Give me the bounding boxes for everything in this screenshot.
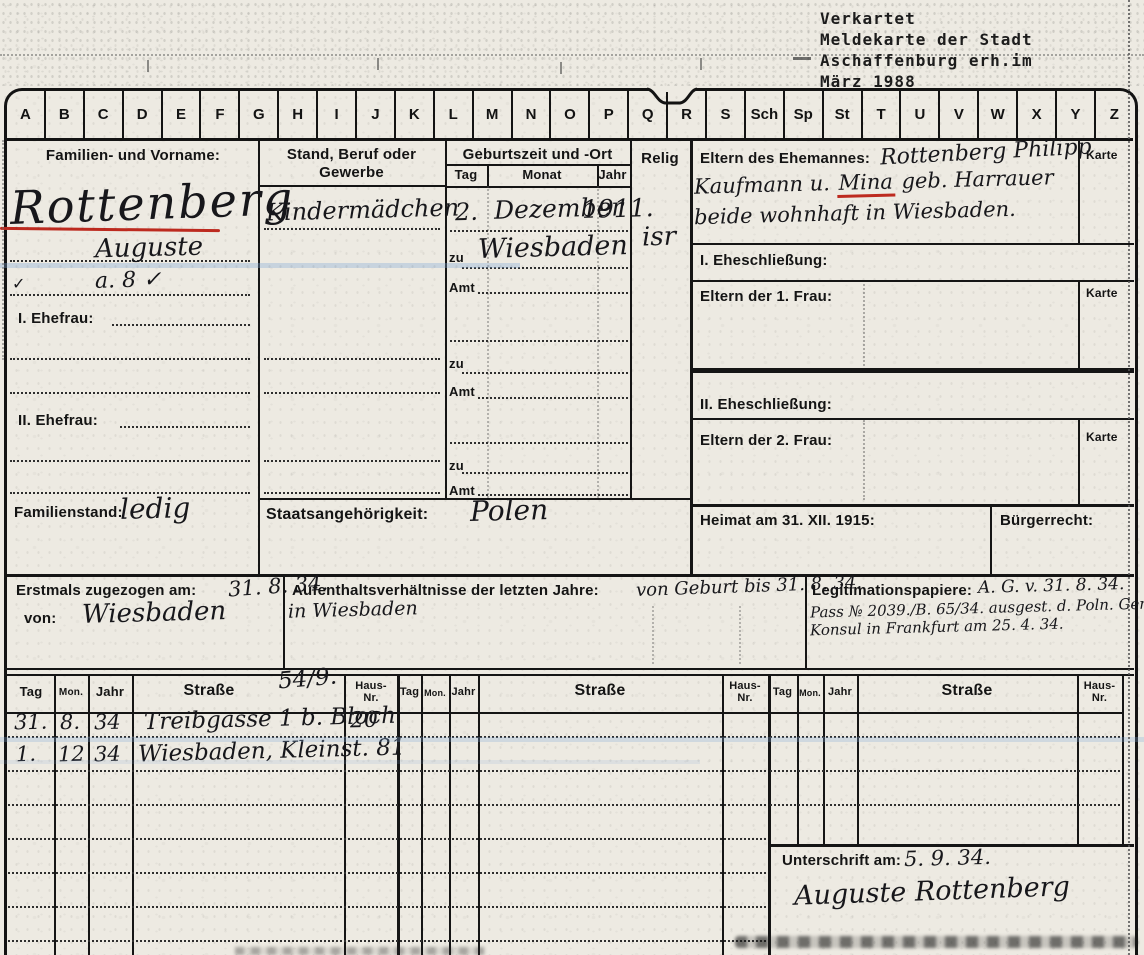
tab-w: W: [979, 91, 1018, 138]
grid-line: [823, 674, 825, 844]
tab-l: L: [435, 91, 474, 138]
birthplace-zu-label: zu: [449, 250, 464, 265]
dotted-rule: [462, 372, 628, 374]
tab-c: C: [85, 91, 124, 138]
houseno-line2: Nr.: [1092, 692, 1107, 704]
grid-line: [690, 280, 1134, 282]
archive-stamp: Verkartet Meldekarte der Stadt Aschaffen…: [820, 8, 1033, 92]
religion-label: Relig: [632, 150, 688, 167]
addr-row1-houseno: 20: [350, 708, 379, 734]
tab-i: I: [318, 91, 357, 138]
dotted-rule: [770, 736, 1120, 738]
addr1-col-month: Mon.: [56, 687, 86, 698]
grid-line: [690, 141, 693, 574]
grid-line: [990, 504, 992, 574]
birth-day-entry: 2.: [455, 198, 479, 227]
tab-b: B: [46, 91, 85, 138]
scan-tick: [147, 60, 149, 72]
grid-line: [797, 674, 799, 844]
tab-o: O: [551, 91, 590, 138]
grid-line: [4, 674, 1134, 676]
grid-line: [690, 243, 1134, 245]
grid-line: [132, 674, 134, 955]
scan-tick: [560, 62, 562, 74]
dotted-rule: [770, 770, 1120, 772]
dotted-rule: [264, 492, 440, 494]
grid-line: [4, 668, 1134, 670]
scan-tick: [377, 58, 379, 70]
dotted-rule: [120, 426, 250, 428]
grid-line: [768, 674, 771, 955]
addr2-col-month: Mon.: [422, 688, 448, 698]
dotted-rule: [8, 838, 766, 840]
grid-line: [1078, 280, 1080, 368]
wife2-zu-label: zu: [449, 458, 464, 473]
grid-line: [445, 186, 630, 188]
scan-dotted-edge-left: [2, 140, 4, 360]
grid-line: [1122, 674, 1124, 844]
grid-line: [4, 574, 1134, 577]
street-header-annotation: 54/9.: [277, 663, 338, 694]
dotted-rule: [8, 940, 766, 942]
grid-line: [722, 674, 724, 955]
dotted-rule: [478, 397, 628, 399]
karte-label-3: Karte: [1086, 430, 1118, 444]
dotted-rule: [112, 324, 250, 326]
grid-line: [690, 504, 1134, 507]
addr1-col-day: Tag: [8, 684, 54, 699]
arrival-from-label: von:: [24, 610, 56, 627]
dotted-rule: [8, 770, 766, 772]
grid-line: [88, 674, 90, 955]
birth-amt-label: Amt: [449, 280, 475, 295]
husband-parents-line2-post: geb. Harrauer: [901, 165, 1054, 193]
addr3-col-street: Straße: [857, 682, 1077, 700]
signature-date-label: Unterschrift am:: [782, 852, 901, 869]
stamp-line: Meldekarte der Stadt: [820, 29, 1033, 50]
marriage1-label: I. Eheschließung:: [700, 252, 828, 269]
scan-tick: [700, 58, 702, 70]
husband-parents-line2-pre: Kaufmann u.: [694, 171, 830, 199]
surname-entry: Rottenberg: [9, 171, 295, 235]
houseno-line1: Haus-: [1084, 680, 1116, 692]
dotted-rule: [8, 906, 766, 908]
grid-line: [690, 418, 1134, 420]
addr1-col-houseno: Haus- Nr.: [346, 680, 396, 704]
dotted-rule: [264, 392, 440, 394]
addr3-col-day: Tag: [769, 686, 796, 698]
houseno-line1: Haus-: [355, 680, 387, 692]
dotted-rule: [10, 294, 250, 296]
houseno-line2: Nr.: [737, 692, 752, 704]
addr-row2-year: 34: [94, 742, 121, 767]
grid-line: [421, 674, 423, 955]
addr-row2-day: 1.: [16, 742, 37, 767]
grid-line: [445, 164, 630, 166]
grid-line: [690, 368, 1134, 373]
scan-dotted-edge-right: [1128, 0, 1130, 955]
tab-m: M: [474, 91, 513, 138]
nationality-label: Staatsangehörigkeit:: [266, 506, 428, 524]
dotted-rule: [478, 292, 628, 294]
dotted-rule: [10, 358, 250, 360]
addr2-col-day: Tag: [398, 686, 421, 698]
heimat-label: Heimat am 31. XII. 1915:: [700, 512, 875, 529]
wife1-amt-label: Amt: [449, 384, 475, 399]
tab-e: E: [163, 91, 202, 138]
houseno-line1: Haus-: [729, 680, 761, 692]
dotted-rule: [264, 460, 440, 462]
tab-p: P: [590, 91, 629, 138]
tab-g: G: [240, 91, 279, 138]
birthplace-entry: Wiesbaden: [478, 230, 629, 265]
tab-k: K: [396, 91, 435, 138]
karte-label-2: Karte: [1086, 286, 1118, 300]
grid-line-dotted: [652, 606, 654, 664]
firstname-entry: Auguste: [95, 232, 204, 265]
addr-row2-month: 12: [58, 742, 85, 767]
dotted-rule: [450, 442, 628, 444]
addr1-col-street: Straße: [134, 682, 284, 700]
addr3-col-month: Mon.: [798, 688, 822, 698]
tab-sp: Sp: [785, 91, 824, 138]
dotted-rule: [462, 267, 628, 269]
wife2-label: II. Ehefrau:: [18, 412, 98, 429]
tab-x: X: [1018, 91, 1057, 138]
grid-line-dotted: [863, 284, 865, 366]
marital-status-label: Familienstand:: [14, 504, 123, 521]
addr2-col-houseno: Haus- Nr.: [723, 680, 767, 704]
tab-j: J: [357, 91, 396, 138]
dotted-rule: [462, 472, 628, 474]
signature-date-entry: 5. 9. 34.: [904, 845, 991, 871]
scan-smudge: [235, 947, 485, 955]
tab-u: U: [901, 91, 940, 138]
stamp-line: Verkartet: [820, 8, 1033, 29]
addr3-col-houseno: Haus- Nr.: [1078, 680, 1121, 704]
wife2-parents-label: Eltern der 2. Frau:: [700, 432, 832, 449]
nationality-entry: Polen: [470, 493, 549, 528]
marriage2-label: II. Eheschließung:: [700, 396, 832, 413]
tab-f: F: [201, 91, 240, 138]
tab-v: V: [940, 91, 979, 138]
grid-line: [449, 674, 451, 955]
addr2-col-street: Straße: [478, 682, 722, 700]
dotted-rule: [8, 804, 766, 806]
scan-smudge: [735, 936, 1137, 948]
grid-line-dotted: [739, 606, 741, 664]
tab-notch: [646, 87, 698, 107]
grid-line: [478, 674, 480, 955]
papers-entry-line1: A. G. v. 31. 8. 34.: [978, 574, 1125, 598]
tab-a: A: [7, 91, 46, 138]
arrival-from-entry: Wiesbaden: [82, 596, 227, 630]
wife1-zu-label: zu: [449, 356, 464, 371]
tab-s: S: [707, 91, 746, 138]
check-mark: ✓: [12, 274, 25, 293]
tab-n: N: [513, 91, 552, 138]
tab-d: D: [124, 91, 163, 138]
name-section-label: Familien- und Vorname:: [8, 147, 258, 164]
dotted-rule: [264, 358, 440, 360]
wife1-label: I. Ehefrau:: [18, 310, 94, 327]
grid-line: [1078, 418, 1080, 504]
tab-y: Y: [1057, 91, 1096, 138]
addr1-col-year: Jahr: [90, 684, 130, 699]
dotted-rule: [10, 392, 250, 394]
tab-t: T: [863, 91, 902, 138]
addr-row1-year: 34: [94, 710, 121, 735]
dotted-rule: [264, 228, 440, 230]
husband-parents-label: Eltern des Ehemannes:: [700, 150, 870, 167]
occupation-entry: Kindermädchen: [266, 193, 460, 226]
scanned-meldekarte-page: { "stamp": { "lines": ["Verkartet", "Mel…: [0, 0, 1144, 955]
stamp-line: Aschaffenburg erh.im: [820, 50, 1033, 71]
alphabet-tab-row: A B C D E F G H I J K L M N O P Q R S Sc…: [7, 91, 1133, 141]
addr3-col-year: Jahr: [824, 686, 856, 698]
birth-year-entry: 1911.: [582, 193, 654, 224]
marital-status-entry: ledig: [120, 491, 191, 526]
tab-h: H: [279, 91, 318, 138]
wife1-parents-label: Eltern der 1. Frau:: [700, 288, 832, 305]
residence-label: Aufenthaltsverhältnisse der letzten Jahr…: [292, 582, 599, 599]
birth-col-month: Monat: [487, 167, 597, 182]
arrival-label: Erstmals zugezogen am:: [16, 582, 196, 599]
birth-col-year: Jahr: [595, 167, 630, 182]
residence-entry-line2: in Wiesbaden: [288, 597, 418, 622]
addr-row1-month: 8.: [60, 710, 81, 735]
grid-line-dotted: [863, 420, 865, 500]
buergerrecht-label: Bürgerrecht:: [1000, 512, 1093, 529]
scan-dash-mark: [793, 57, 811, 60]
card-note-entry: a. 8 ✓: [95, 267, 162, 294]
dotted-rule: [450, 340, 628, 342]
mother-name-red-underlined: Mina: [836, 169, 895, 198]
grid-line: [397, 674, 400, 955]
dotted-rule: [770, 804, 1120, 806]
grid-line: [54, 674, 56, 955]
religion-entry: isr: [642, 222, 677, 253]
birth-section-label: Geburtszeit und -Ort: [447, 146, 628, 163]
stamp-line: März 1988: [820, 71, 1033, 92]
birth-col-day: Tag: [445, 167, 487, 182]
dotted-rule: [10, 460, 250, 462]
dotted-rule: [8, 872, 766, 874]
addr2-col-year: Jahr: [450, 686, 477, 698]
tab-st: St: [824, 91, 863, 138]
addr-row1-day: 31.: [14, 710, 48, 735]
tab-sch: Sch: [746, 91, 785, 138]
